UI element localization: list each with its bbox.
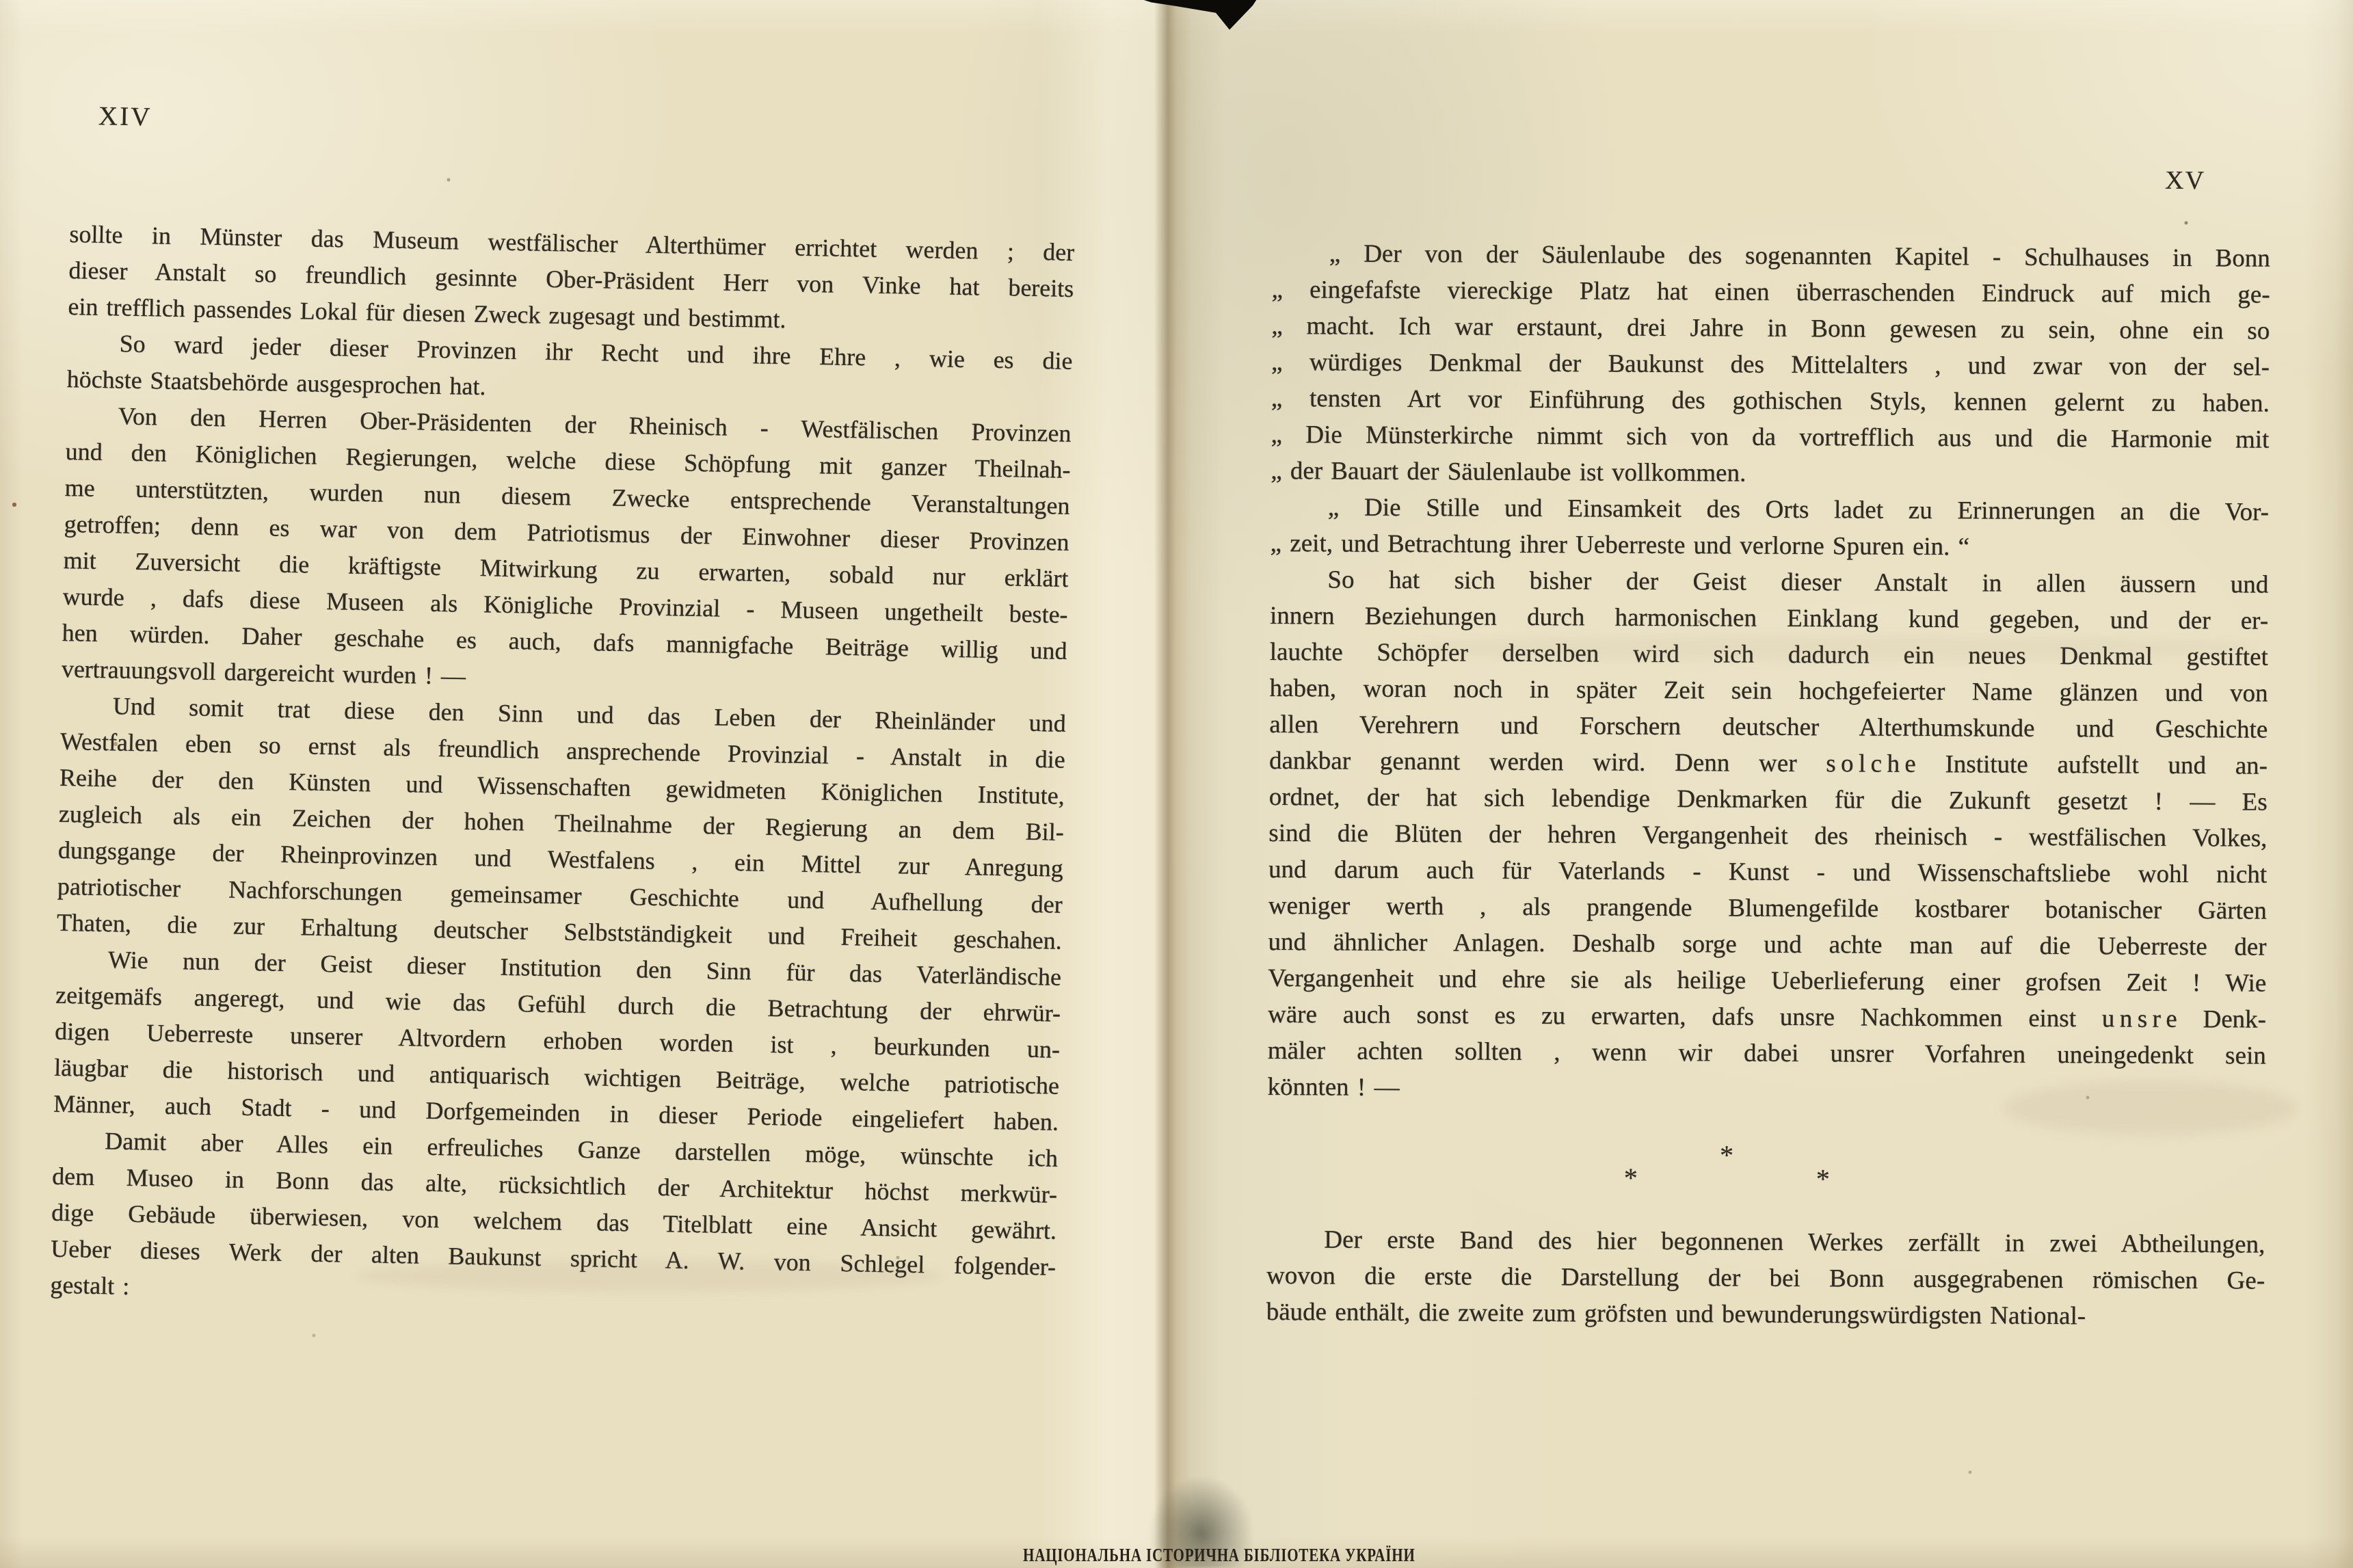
text-line: und ähnlicher Anlagen. Deshalb sorge und… xyxy=(1268,924,2266,966)
text-line: innern Beziehungen durch harmonischen Ei… xyxy=(1270,598,2268,639)
text-line: „ Der von der Säulenlaube des sogenannte… xyxy=(1272,235,2270,277)
text-line: weniger werth , als prangende Blumengefi… xyxy=(1268,888,2267,929)
text-line: mäler achten sollten , wenn wir dabei un… xyxy=(1268,1033,2266,1074)
paper-specks xyxy=(0,0,1,1)
text-line: „ der Bauart der Säulenlaube ist vollkom… xyxy=(1271,453,2269,494)
text-line: „ Die Stille und Einsamkeit des Orts lad… xyxy=(1271,489,2269,531)
text-line: „ würdiges Denkmal der Baukunst des Mitt… xyxy=(1271,344,2270,386)
left-page-text: sollte in Münster das Museum westfälisch… xyxy=(50,216,1075,1322)
text-line: bäude enthält, die zweite zum gröfsten u… xyxy=(1266,1294,2265,1336)
scanned-book-screenshot: XIV XV sollte in Münster das Museum west… xyxy=(0,0,2353,1568)
right-page-upper-lines: „ Der von der Säulenlaube des sogenannte… xyxy=(1267,235,2270,1111)
text-line: allen Verehrern und Forschern deutscher … xyxy=(1269,706,2268,748)
asterisk-icon: * xyxy=(1624,1165,1638,1192)
text-line: sind die Blüten der hehren Vergangenheit… xyxy=(1268,815,2267,857)
text-line: Der erste Band des hier begonnenen Werke… xyxy=(1266,1221,2265,1263)
right-page-text: „ Der von der Säulenlaube des sogenannte… xyxy=(1266,235,2270,1336)
book-spread: XIV XV sollte in Münster das Museum west… xyxy=(0,0,2353,1568)
text-line: „ macht. Ich war erstaunt, drei Jahre in… xyxy=(1271,308,2270,349)
text-line: „ tensten Art vor Einführung des gothisc… xyxy=(1271,380,2270,422)
ghost-smudge xyxy=(1402,636,2257,661)
ghost-smudge xyxy=(2004,1080,2298,1135)
text-line: dankbar genannt werden wird. Denn wer s … xyxy=(1269,743,2268,784)
text-line: „ Die Münsterkirche nimmt sich von da vo… xyxy=(1271,416,2269,458)
text-line: „ eingefafste viereckige Platz hat einen… xyxy=(1271,271,2270,313)
library-stamp: НАЦІОНАЛЬНА ІСТОРИЧНА БІБЛІОТЕКА УКРАЇНИ xyxy=(1023,1545,1415,1566)
ghost-smudge xyxy=(356,1260,944,1292)
page-number-right: XV xyxy=(2165,165,2205,196)
text-line: haben, woran noch in später Zeit sein ho… xyxy=(1269,670,2268,712)
text-line: wäre auch sonst es zu erwarten, dafs uns… xyxy=(1268,996,2266,1038)
asterisk-icon: * xyxy=(1720,1141,1733,1169)
text-line: Vergangenheit und ehre sie als heilige U… xyxy=(1268,960,2266,1002)
text-line: „ zeit, und Betrachtung ihrer Ueberreste… xyxy=(1271,525,2269,567)
text-line: und darum auch für Vaterlands - Kunst - … xyxy=(1268,851,2267,893)
page-number-left: XIV xyxy=(98,101,152,132)
text-line: ordnet, der hat sich lebendige Denkmarke… xyxy=(1269,779,2268,821)
text-line: wovon die erste die Darstellung der bei … xyxy=(1266,1258,2265,1299)
asterisk-icon: * xyxy=(1816,1165,1830,1193)
gutter-top-gap xyxy=(1121,0,1258,34)
text-line: So hat sich bisher der Geist dieser Anst… xyxy=(1270,561,2268,603)
right-page-lower-lines: Der erste Band des hier begonnenen Werke… xyxy=(1266,1221,2265,1336)
